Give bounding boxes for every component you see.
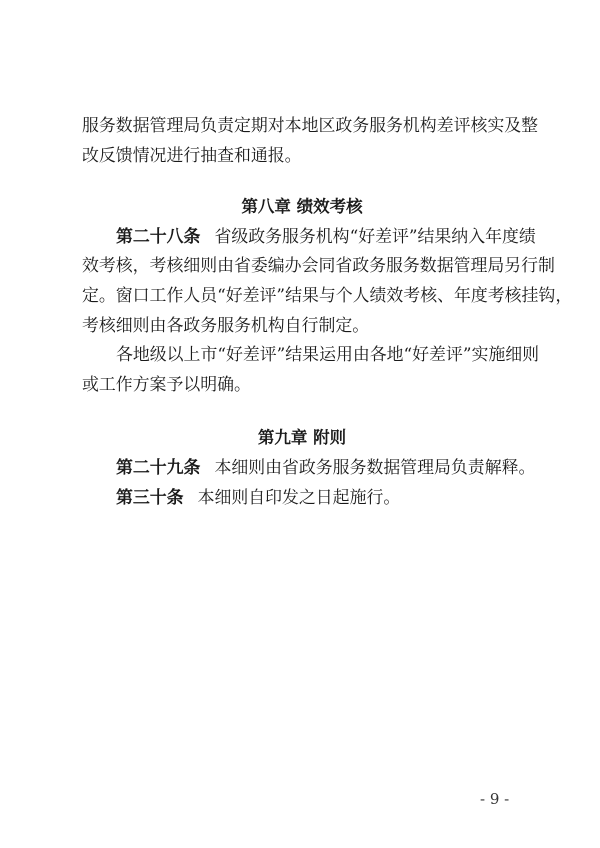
- article-text: 本细则由省政务服务数据管理局负责解释。: [214, 457, 535, 477]
- document-page: 服务数据管理局负责定期对本地区政务服务机构差评核实及整 改反馈情况进行抽查和通报…: [82, 111, 522, 512]
- body-text-line: 或工作方案予以明确。: [82, 370, 522, 400]
- chapter-heading: 第八章 绩效考核: [82, 192, 522, 222]
- page-number: - 9 -: [480, 790, 509, 808]
- article-text: 省级政务服务机构“好差评”结果纳入年度绩: [214, 226, 535, 246]
- body-text-line: 效考核，考核细则由省委编办会同省政务服务数据管理局另行制: [82, 251, 522, 281]
- article-line: 第二十八条省级政务服务机构“好差评”结果纳入年度绩: [82, 222, 522, 252]
- article-number: 第二十八条: [116, 226, 200, 246]
- body-text-line: 改反馈情况进行抽查和通报。: [82, 141, 522, 171]
- body-text-line: 服务数据管理局负责定期对本地区政务服务机构差评核实及整: [82, 111, 522, 141]
- article-number: 第三十条: [116, 487, 184, 507]
- article-number: 第二十九条: [116, 457, 200, 477]
- article-line: 第三十条本细则自印发之日起施行。: [82, 483, 522, 513]
- body-text-line: 定。窗口工作人员“好差评”结果与个人绩效考核、年度考核挂钩，: [82, 281, 522, 311]
- chapter-heading: 第九章 附则: [82, 423, 522, 453]
- body-text-line: 考核细则由各政务服务机构自行制定。: [82, 311, 522, 341]
- body-text-line: 各地级以上市“好差评”结果运用由各地“好差评”实施细则: [82, 340, 522, 370]
- article-text: 本细则自印发之日起施行。: [198, 487, 401, 507]
- article-line: 第二十九条本细则由省政务服务数据管理局负责解释。: [82, 453, 522, 483]
